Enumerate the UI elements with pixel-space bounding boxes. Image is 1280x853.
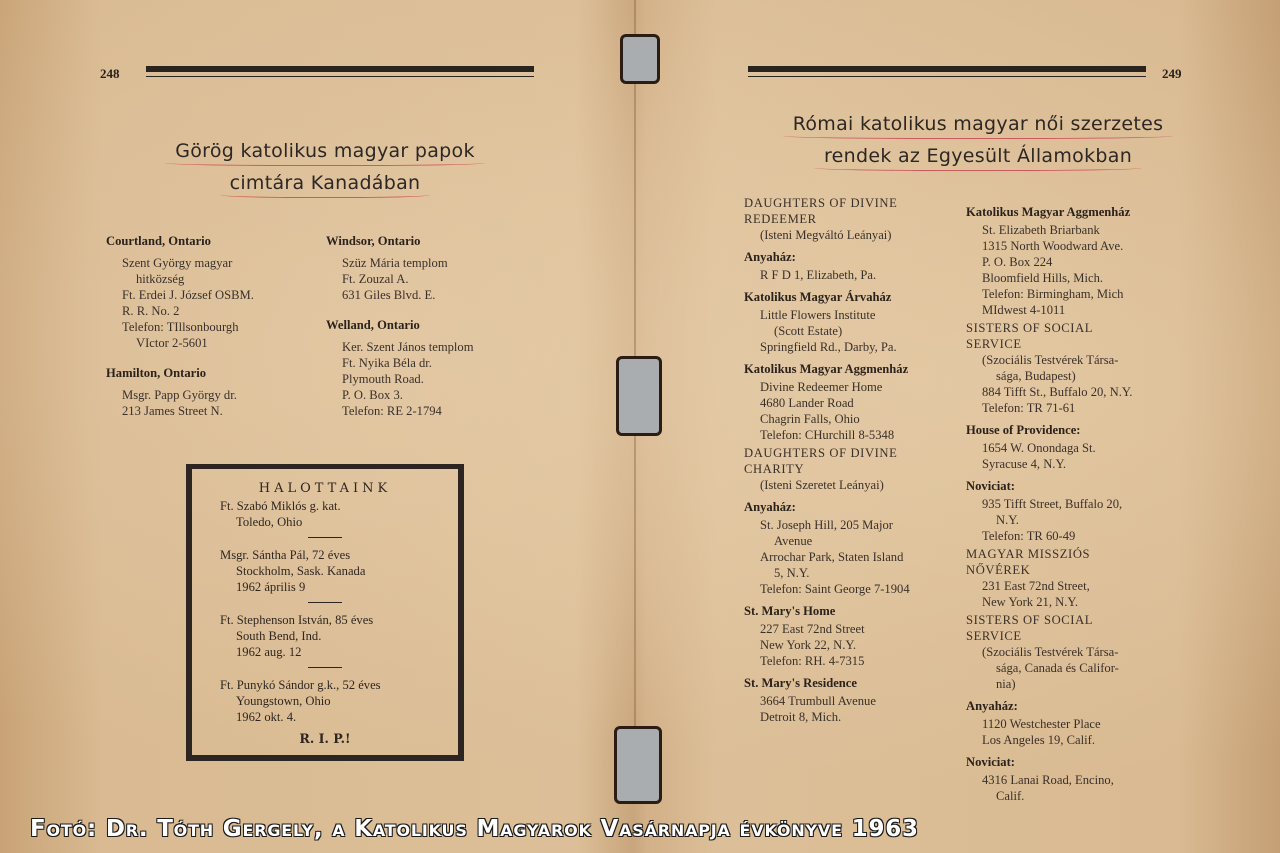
page-title: Római katolikus magyar női szerzetes ren… xyxy=(758,113,1198,171)
divider xyxy=(308,667,342,668)
directory-line: Avenue xyxy=(744,533,910,549)
obituary-line: 1962 április 9 xyxy=(220,579,458,595)
photo-credit-caption: Fotó: Dr. Tóth Gergely, a Katolikus Magy… xyxy=(30,816,1260,842)
obituary-entry: Ft. Punykó Sándor g.k., 52 évesYoungstow… xyxy=(192,677,458,725)
directory-line: sága, Budapest) xyxy=(966,368,1132,384)
obituary-line: 1962 aug. 12 xyxy=(220,644,458,660)
directory-column-left: DAUGHTERS OF DIVINEREDEEMER(Isteni Megvá… xyxy=(744,195,910,725)
directory-line: MIdwest 4-1011 xyxy=(966,302,1132,318)
divider xyxy=(308,602,342,603)
directory-line: (Isteni Szeretet Leányai) xyxy=(744,477,910,493)
obituary-line: Stockholm, Sask. Kanada xyxy=(220,563,458,579)
directory-line: Calif. xyxy=(966,788,1132,804)
obituary-entries: Ft. Szabó Miklós g. kat.Toledo, OhioMsgr… xyxy=(192,498,458,725)
page-number: 249 xyxy=(1162,66,1182,82)
directory-line: 4680 Lander Road xyxy=(744,395,910,411)
order-name: SISTERS OF SOCIAL xyxy=(966,612,1132,628)
directory-line: 5, N.Y. xyxy=(744,565,910,581)
directory-line: Los Angeles 19, Calif. xyxy=(966,732,1132,748)
obituary-box: HALOTTAINK Ft. Szabó Miklós g. kat.Toled… xyxy=(186,464,464,761)
divider xyxy=(308,537,342,538)
directory-line: 884 Tifft St., Buffalo 20, N.Y. xyxy=(966,384,1132,400)
obituary-line: South Bend, Ind. xyxy=(220,628,458,644)
header-rule xyxy=(748,66,1146,78)
directory-line: Szent György magyar xyxy=(106,255,254,271)
section-heading: Anyaház: xyxy=(744,249,910,265)
header-rule xyxy=(146,66,534,78)
section-heading: Noviciat: xyxy=(966,754,1132,770)
obituary-line: Ft. Stephenson István, 85 éves xyxy=(220,612,458,628)
order-name: REDEEMER xyxy=(744,211,910,227)
directory-column-right: Windsor, OntarioSzüz Mária templomFt. Zo… xyxy=(326,233,474,419)
directory-line: (Szociális Testvérek Társa- xyxy=(966,644,1132,660)
page-number: 248 xyxy=(100,66,120,82)
directory-line: New York 22, N.Y. xyxy=(744,637,910,653)
directory-line: 4316 Lanai Road, Encino, xyxy=(966,772,1132,788)
location-heading: Courtland, Ontario xyxy=(106,233,254,249)
directory-line: Telefon: Birmingham, Mich xyxy=(966,286,1132,302)
directory-line: Bloomfield Hills, Mich. xyxy=(966,270,1132,286)
order-name: SISTERS OF SOCIAL xyxy=(966,320,1132,336)
order-name: DAUGHTERS OF DIVINE xyxy=(744,195,910,211)
location-heading: Hamilton, Ontario xyxy=(106,365,254,381)
directory-line: Springfield Rd., Darby, Pa. xyxy=(744,339,910,355)
section-heading: Noviciat: xyxy=(966,478,1132,494)
directory-line: nia) xyxy=(966,676,1132,692)
directory-line: Telefon: TIllsonbourgh xyxy=(106,319,254,335)
directory-line: P. O. Box 224 xyxy=(966,254,1132,270)
directory-line: hitközség xyxy=(106,271,254,287)
obituary-entry: Msgr. Sántha Pál, 72 évesStockholm, Sask… xyxy=(192,547,458,595)
obituary-title: HALOTTAINK xyxy=(192,481,458,496)
section-heading: Anyaház: xyxy=(744,499,910,515)
directory-line: (Scott Estate) xyxy=(744,323,910,339)
directory-line: Plymouth Road. xyxy=(326,371,474,387)
directory-line: Divine Redeemer Home xyxy=(744,379,910,395)
obituary-line: Youngstown, Ohio xyxy=(220,693,458,709)
directory-line: Arrochar Park, Staten Island xyxy=(744,549,910,565)
order-name: SERVICE xyxy=(966,336,1132,352)
directory-line: Ft. Zouzal A. xyxy=(326,271,474,287)
directory-line: VIctor 2-5601 xyxy=(106,335,254,351)
obituary-line: 1962 okt. 4. xyxy=(220,709,458,725)
directory-line: Ker. Szent János templom xyxy=(326,339,474,355)
directory-line: P. O. Box 3. xyxy=(326,387,474,403)
title-line-1: Görög katolikus magyar papok xyxy=(165,140,485,166)
title-line-2: rendek az Egyesült Államokban xyxy=(814,145,1142,171)
directory-column-left: Courtland, OntarioSzent György magyarhit… xyxy=(106,233,254,419)
directory-line: Telefon: RE 2-1794 xyxy=(326,403,474,419)
section-heading: Katolikus Magyar Aggmenház xyxy=(744,361,910,377)
directory-line: Msgr. Papp György dr. xyxy=(106,387,254,403)
page-249: 249 Római katolikus magyar női szerzetes… xyxy=(640,0,1280,853)
directory-line: New York 21, N.Y. xyxy=(966,594,1132,610)
directory-line: R F D 1, Elizabeth, Pa. xyxy=(744,267,910,283)
page-title: Görög katolikus magyar papok cimtára Kan… xyxy=(150,140,500,198)
directory-line: 1120 Westchester Place xyxy=(966,716,1132,732)
directory-line: Ft. Erdei J. József OSBM. xyxy=(106,287,254,303)
section-heading: Anyaház: xyxy=(966,698,1132,714)
directory-line: Ft. Nyika Béla dr. xyxy=(326,355,474,371)
directory-line: 935 Tifft Street, Buffalo 20, xyxy=(966,496,1132,512)
directory-line: Detroit 8, Mich. xyxy=(744,709,910,725)
directory-line: N.Y. xyxy=(966,512,1132,528)
obituary-entry: Ft. Szabó Miklós g. kat.Toledo, Ohio xyxy=(192,498,458,530)
obituary-line: Toledo, Ohio xyxy=(220,514,458,530)
title-line-2: cimtára Kanadában xyxy=(220,172,431,198)
directory-line: St. Joseph Hill, 205 Major xyxy=(744,517,910,533)
order-name: SERVICE xyxy=(966,628,1132,644)
obituary-entry: Ft. Stephenson István, 85 évesSouth Bend… xyxy=(192,612,458,660)
directory-line: (Isteni Megváltó Leányai) xyxy=(744,227,910,243)
section-heading: St. Mary's Residence xyxy=(744,675,910,691)
directory-line: 1315 North Woodward Ave. xyxy=(966,238,1132,254)
obituary-closing: R. I. P.! xyxy=(192,731,458,746)
order-name: NŐVÉREK xyxy=(966,562,1132,578)
directory-line: Telefon: Saint George 7-1904 xyxy=(744,581,910,597)
directory-line: Telefon: CHurchill 8-5348 xyxy=(744,427,910,443)
directory-line: St. Elizabeth Briarbank xyxy=(966,222,1132,238)
location-heading: Welland, Ontario xyxy=(326,317,474,333)
location-heading: Windsor, Ontario xyxy=(326,233,474,249)
directory-line: Chagrin Falls, Ohio xyxy=(744,411,910,427)
directory-line: 3664 Trumbull Avenue xyxy=(744,693,910,709)
directory-line: Telefon: RH. 4-7315 xyxy=(744,653,910,669)
directory-line: 631 Giles Blvd. E. xyxy=(326,287,474,303)
title-line-1: Római katolikus magyar női szerzetes xyxy=(783,113,1174,139)
directory-column-right: Katolikus Magyar AggmenházSt. Elizabeth … xyxy=(966,198,1132,804)
directory-line: R. R. No. 2 xyxy=(106,303,254,319)
directory-line: Telefon: TR 60-49 xyxy=(966,528,1132,544)
order-name: CHARITY xyxy=(744,461,910,477)
directory-line: 213 James Street N. xyxy=(106,403,254,419)
section-heading: St. Mary's Home xyxy=(744,603,910,619)
directory-line: (Szociális Testvérek Társa- xyxy=(966,352,1132,368)
section-heading: House of Providence: xyxy=(966,422,1132,438)
obituary-line: Ft. Punykó Sándor g.k., 52 éves xyxy=(220,677,458,693)
order-name: MAGYAR MISSZIÓS xyxy=(966,546,1132,562)
section-heading: Katolikus Magyar Árvaház xyxy=(744,289,910,305)
directory-line: 227 East 72nd Street xyxy=(744,621,910,637)
order-name: DAUGHTERS OF DIVINE xyxy=(744,445,910,461)
section-heading: Katolikus Magyar Aggmenház xyxy=(966,204,1132,220)
directory-line: sága, Canada és Califor- xyxy=(966,660,1132,676)
directory-line: Szüz Mária templom xyxy=(326,255,474,271)
directory-line: Syracuse 4, N.Y. xyxy=(966,456,1132,472)
obituary-line: Ft. Szabó Miklós g. kat. xyxy=(220,498,458,514)
directory-line: Little Flowers Institute xyxy=(744,307,910,323)
directory-line: 1654 W. Onondaga St. xyxy=(966,440,1132,456)
directory-line: 231 East 72nd Street, xyxy=(966,578,1132,594)
obituary-line: Msgr. Sántha Pál, 72 éves xyxy=(220,547,458,563)
directory-line: Telefon: TR 71-61 xyxy=(966,400,1132,416)
page-248: 248 Görög katolikus magyar papok cimtára… xyxy=(0,0,630,853)
